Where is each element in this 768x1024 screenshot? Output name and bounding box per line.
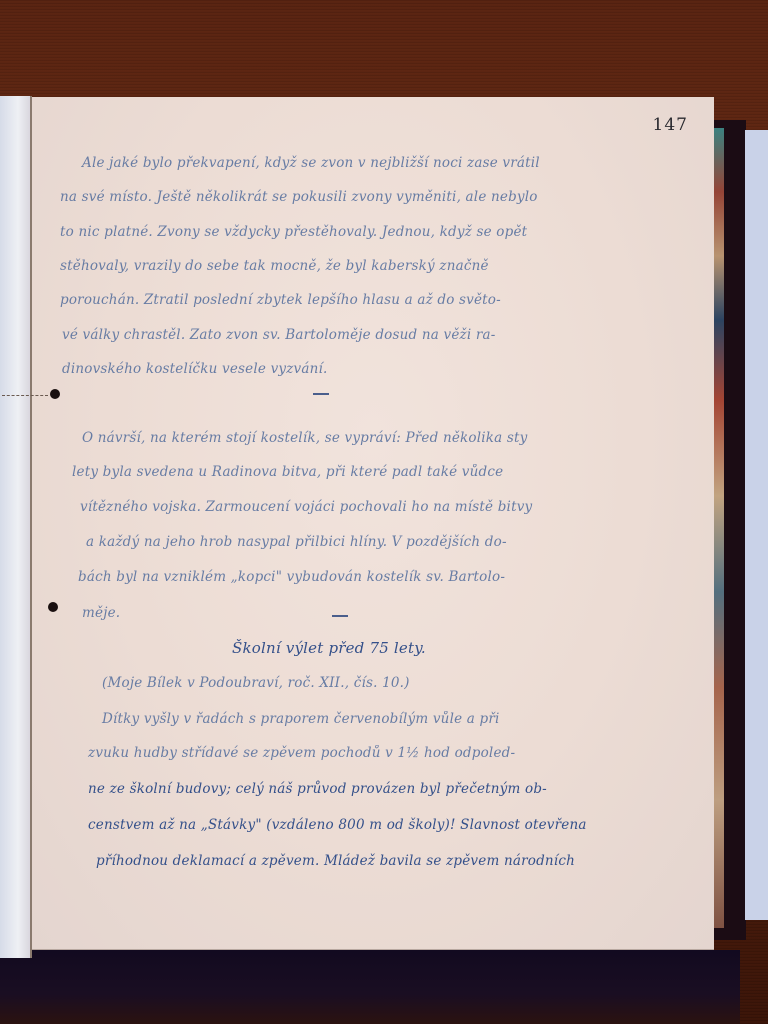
text-line: příhodnou deklamací a zpěvem. Mládež bav… <box>96 853 575 869</box>
text-line: vítězného vojska. Zarmoucení vojáci poch… <box>80 499 532 515</box>
text-line: Dítky vyšly v řadách s praporem červenob… <box>102 711 500 727</box>
binding-hole-top <box>50 389 60 399</box>
text-line: O návrší, na kterém stojí kostelík, se v… <box>82 430 527 446</box>
section-title: Školní výlet před 75 lety. <box>232 639 426 657</box>
binding-hole-bottom <box>48 602 58 612</box>
shadow-under-book <box>0 950 740 1024</box>
source-note: (Moje Bílek v Podoubraví, roč. XII., čís… <box>102 675 410 691</box>
text-line: bách byl na vzniklém „kopci" vybudován k… <box>78 569 505 585</box>
text-line: zvuku hudby střídavé se zpěvem pochodů v… <box>88 745 515 761</box>
text-line: lety byla svedena u Radinova bitva, při … <box>72 464 503 480</box>
text-line: censtvem až na „Stávky" (vzdáleno 800 m … <box>88 817 587 833</box>
separator-dash <box>313 393 329 395</box>
text-line: to nic platné. Zvony se vždycky přestěho… <box>60 224 527 240</box>
text-line: dinovského kostelíčku vesele vyzvání. <box>62 361 328 377</box>
text-line: měje. <box>82 605 120 621</box>
text-line: vé války chrastěl. Zato zvon sv. Bartolo… <box>62 327 496 343</box>
notebook-page: 147 Ale jaké bylo překvapení, když se zv… <box>32 97 714 949</box>
separator-dash <box>332 615 348 617</box>
text-line: ne ze školní budovy; celý náš průvod pro… <box>88 781 547 797</box>
page-number: 147 <box>653 115 688 135</box>
previous-page-leaf <box>0 96 32 958</box>
text-line: porouchán. Ztratil poslední zbytek lepší… <box>60 292 501 308</box>
text-line: stěhovaly, vrazily do sebe tak mocně, že… <box>60 258 489 274</box>
text-line: a každý na jeho hrob nasypal přilbici hl… <box>86 534 507 550</box>
perforation-line <box>2 395 48 397</box>
text-line: Ale jaké bylo překvapení, když se zvon v… <box>82 155 540 171</box>
underlying-page <box>745 130 768 920</box>
text-line: na své místo. Ještě několikrát se pokusi… <box>60 189 538 205</box>
